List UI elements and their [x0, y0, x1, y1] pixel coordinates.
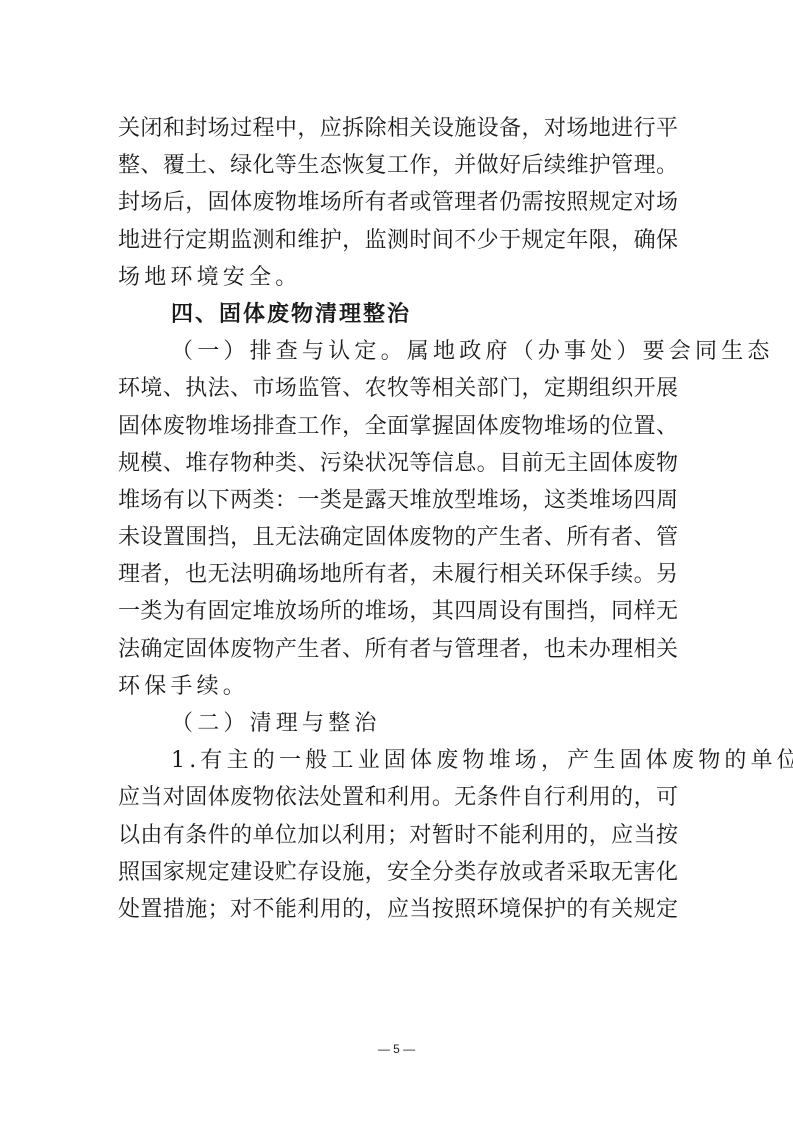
paragraph-line: 堆场有以下两类：一类是露天堆放型堆场，这类堆场四周: [118, 482, 678, 519]
paragraph-line: 以由有条件的单位加以利用；对暂时不能利用的，应当按: [118, 817, 678, 854]
paragraph-line: 一类为有固定堆放场所的堆场，其四周设有围挡，同样无: [118, 593, 678, 630]
paragraph-line: 地进行定期监测和维护，监测时间不少于规定年限，确保: [118, 222, 678, 259]
paragraph-line: 整、覆土、绿化等生态恢复工作，并做好后续维护管理。: [118, 147, 678, 184]
document-body: 关闭和封场过程中，应拆除相关设施设备，对场地进行平 整、覆土、绿化等生态恢复工作…: [118, 110, 678, 928]
paragraph-line: 封场后，固体废物堆场所有者或管理者仍需按照规定对场: [118, 184, 678, 221]
subsection-heading-line: （一）排查与认定。属地政府（办事处）要会同生态: [118, 333, 678, 370]
paragraph-line: 理者，也无法明确场地所有者，未履行相关环保手续。另: [118, 556, 678, 593]
paragraph-line: 法确定固体废物产生者、所有者与管理者，也未办理相关: [118, 631, 678, 668]
numbered-item-line: 1.有主的一般工业固体废物堆场，产生固体废物的单位: [118, 742, 678, 779]
paragraph-line: 环保手续。: [118, 668, 678, 705]
paragraph-line: 照国家规定建设贮存设施，安全分类存放或者采取无害化: [118, 854, 678, 891]
paragraph-line: 场地环境安全。: [118, 259, 678, 296]
paragraph-line: 规模、堆存物种类、污染状况等信息。目前无主固体废物: [118, 445, 678, 482]
paragraph-line: 关闭和封场过程中，应拆除相关设施设备，对场地进行平: [118, 110, 678, 147]
paragraph-line: 固体废物堆场排查工作，全面掌握固体废物堆场的位置、: [118, 408, 678, 445]
subsection-heading: （二）清理与整治: [118, 705, 678, 742]
paragraph-line: 环境、执法、市场监管、农牧等相关部门，定期组织开展: [118, 370, 678, 407]
paragraph-line: 处置措施；对不能利用的，应当按照环境保护的有关规定: [118, 891, 678, 928]
paragraph-line: 未设置围挡，且无法确定固体废物的产生者、所有者、管: [118, 519, 678, 556]
page-number: — 5 —: [0, 1042, 793, 1056]
paragraph-line: 应当对固体废物依法处置和利用。无条件自行利用的，可: [118, 779, 678, 816]
document-page: 关闭和封场过程中，应拆除相关设施设备，对场地进行平 整、覆土、绿化等生态恢复工作…: [0, 0, 793, 1122]
section-heading: 四、固体废物清理整治: [118, 296, 678, 333]
